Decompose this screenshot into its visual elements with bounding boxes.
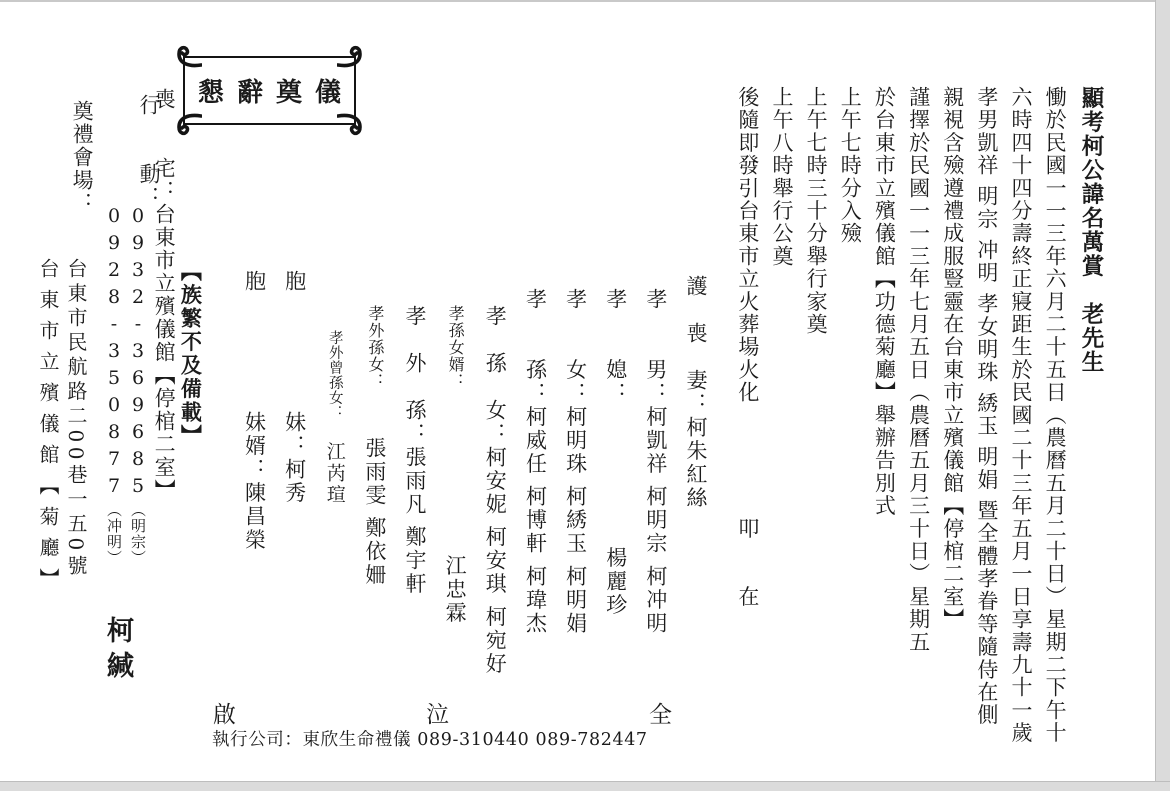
deceased-title: 顯考柯公諱名萬賞 老先生 xyxy=(1077,86,1103,374)
announcement-section: 顯考柯公諱名萬賞 老先生 慟於民國一一三年六月二十五日（農曆五月二十日）星期二下… xyxy=(736,86,1103,744)
mobile-phone-2: 0928-350877（冲明） xyxy=(103,205,125,566)
family-section: 護 喪 妻：柯朱紅絲 孝 男：柯凱祥 柯明宗 柯冲明 孝 媳： 楊麗珍 孝 女：… xyxy=(178,260,708,676)
family-label: 孝外孫女： xyxy=(366,305,385,390)
mobile-phone-1: 0932-369685（明宗） xyxy=(127,205,149,566)
announcement-line: 慟於民國一一三年六月二十五日（農曆五月二十日）星期二下午十 xyxy=(1043,86,1067,744)
clan-note: 【族繁不及備載】 xyxy=(178,260,202,448)
announcement-line: 謹擇於民國一一三年七月五日（農曆五月三十日）星期五 xyxy=(906,86,930,654)
family-column-granddaughter-husband: 孝孫女婿： 江忠霖 xyxy=(443,260,467,625)
family-names: 張雨雯 鄭依姍 xyxy=(363,390,387,587)
family-column-daughter-in-law: 孝 媳： 楊麗珍 xyxy=(604,260,628,617)
condolence-decline-text: 懇辭奠儀 xyxy=(185,72,354,109)
announcement-line: 上午八時舉行公奠 xyxy=(770,86,794,268)
announcement-line: 後隨即發引台東市立火葬場火化 叩 在 xyxy=(736,86,760,608)
family-names: 江忠霖 xyxy=(443,390,467,625)
family-column-sister-husband: 胞 妹婿：陳昌榮 xyxy=(242,260,266,552)
announcement-line: 上午七時三十分舉行家奠 xyxy=(804,86,828,336)
family-column-wife: 護 喪 妻：柯朱紅絲 xyxy=(684,260,708,510)
family-column-outer-grandsons: 孝 外 孫：張雨凡 鄭宇軒 xyxy=(403,260,427,596)
phone-owner: （明宗） xyxy=(129,502,147,566)
announcement-line: 上午七時分入殮 xyxy=(838,86,862,245)
family-column-sister: 胞 妹：柯秀 xyxy=(282,260,306,505)
mobile-label: 行 動： xyxy=(137,94,161,209)
family-label: 孝外曾孫女： xyxy=(327,330,343,420)
family-column-sons: 孝 男：柯凱祥 柯明宗 柯冲明 xyxy=(644,260,668,635)
scan-edge-right xyxy=(1155,0,1170,791)
family-column-granddaughters: 孝 孫 女：柯安妮 柯安琪 柯宛好 xyxy=(483,260,507,676)
announcement-line: 於台東市立殯儀館【功德菊廳】舉辦告別式 xyxy=(872,86,896,517)
corner-ornament-icon xyxy=(172,43,202,73)
corner-ornament-icon xyxy=(337,43,367,73)
obituary-page: 懇辭奠儀 顯考柯公諱名萬賞 老先生 慟於民國一一三年六月二十五日（農曆五月二十日… xyxy=(0,0,1170,791)
executor-line: 執行公司：東欣生命禮儀 089-310440 089-782447 xyxy=(212,726,648,751)
phone-number: 0928-350877 xyxy=(103,205,125,502)
venue-address: 台東市民航路二00巷一五0號 xyxy=(62,258,91,579)
condolence-decline-box: 懇辭奠儀 xyxy=(183,56,356,125)
corner-ornament-icon xyxy=(172,108,202,138)
phone-number: 0932-369685 xyxy=(127,205,149,502)
scan-edge-top xyxy=(0,0,1170,2)
family-column-grandsons: 孝 孫：柯威任 柯博軒 柯瑋杰 xyxy=(523,260,547,635)
family-names: 江芮瑄 xyxy=(324,420,346,506)
closing-char-kai: 啟 xyxy=(213,696,236,729)
family-column-outer-great-granddaughter: 孝外曾孫女： 江芮瑄 xyxy=(323,260,347,506)
closing-char-qi: 泣 xyxy=(426,696,449,729)
venue-label: 奠禮會場： xyxy=(70,100,94,215)
announcement-line: 親視含殮遵禮成服豎靈在台東市立殯儀館【停棺二室】 xyxy=(941,86,965,631)
closing-char-quan: 全 xyxy=(649,696,672,729)
family-column-outer-granddaughters: 孝外孫女： 張雨雯 鄭依姍 xyxy=(363,260,387,587)
corner-ornament-icon xyxy=(337,108,367,138)
phone-owner: （冲明） xyxy=(105,502,123,566)
venue-hall: 台東市立殯儀館【菊廳】 xyxy=(34,258,63,599)
family-label: 孝孫女婿： xyxy=(446,305,465,390)
scan-edge-bottom xyxy=(0,781,1170,791)
family-seal: 柯緘 xyxy=(98,616,137,686)
announcement-line: 孝男凱祥 明宗 冲明 孝女明珠 綉玉 明娟 暨全體孝眷等隨侍在側 xyxy=(975,86,999,726)
announcement-line: 六時四十四分壽終正寢距生於民國二十三年五月一日享壽九十一歲 xyxy=(1009,86,1033,744)
family-column-daughters: 孝 女：柯明珠 柯綉玉 柯明娟 xyxy=(563,260,587,635)
